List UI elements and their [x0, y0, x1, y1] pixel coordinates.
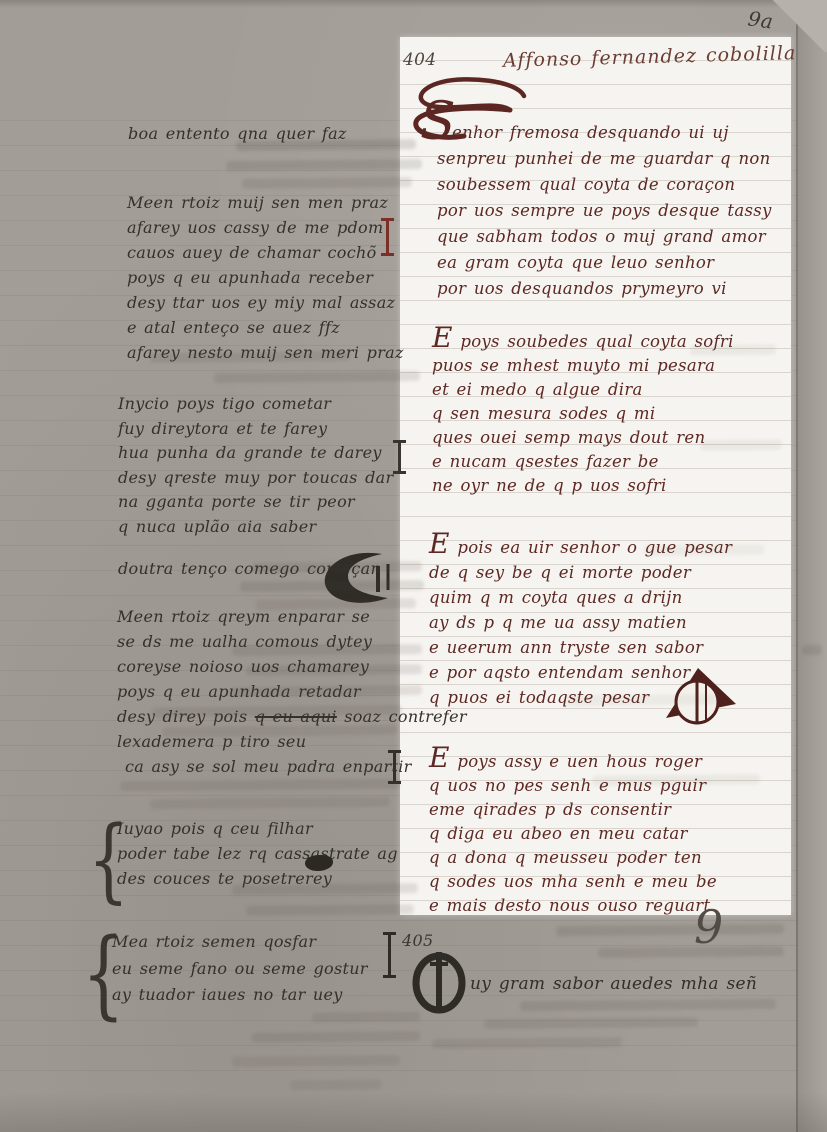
verse-line: uy gram sabor auedes mha señ [470, 974, 757, 994]
scribal-triangle-ornament-icon [660, 664, 740, 736]
verse-line: por uos desquandos prymeyro vi [437, 276, 772, 302]
stanza: Iuyao pois q ceu filhar poder tabe lez r… [117, 816, 398, 891]
initial-letter: S [420, 92, 456, 152]
verse-line: Inycio poys tigo cometar [118, 392, 393, 417]
stanza: Meen rtoiz qreym enparar se se ds me ual… [117, 604, 467, 779]
stanza: Meen rtoiz muij sen men praz afarey uos … [127, 190, 404, 365]
verse-line: puos se mhest muyto mi pesara [432, 354, 734, 378]
verse-line: E poys assy e uen hous roger [429, 747, 717, 774]
bleedthrough-mark [226, 159, 422, 171]
verse-line: poder tabe lez rq cassastrate ag [117, 841, 398, 866]
verse-line: ca asy se sol meu padra enpartir [125, 754, 467, 779]
stanza: Mea rtoiz semen qosfar eu seme fano ou s… [112, 929, 368, 1009]
verse-line: ne oyr ne de q p uos sofri [432, 474, 734, 498]
verse-line: q sen mesura sodes q mi [432, 402, 734, 426]
verse-line: et ei medo q algue dira [432, 378, 734, 402]
bleedthrough-mark [598, 946, 784, 958]
verse-line: e atal enteço se auez ffz [127, 315, 404, 340]
verse-line: boa entento qna quer faz [128, 124, 347, 143]
paragraph-mark-icon [383, 932, 396, 978]
folio-number: 9a [746, 6, 774, 33]
flourish-nine: 9 [694, 900, 724, 954]
verse-line: que sabham todos o muj grand amor [437, 224, 772, 250]
struck-text: q eu aqui [255, 707, 337, 726]
verse-line: coreyse noioso uos chamarey [117, 654, 467, 679]
bleedthrough-mark [312, 1011, 420, 1022]
verse-line: e mais desto nous ouso reguart [429, 894, 717, 918]
bleedthrough-mark [290, 1080, 382, 1091]
bleedthrough-mark [242, 177, 412, 189]
verse-line: q sodes uos mha senh e meu be [429, 870, 717, 894]
verse-line: E pois ea uir senhor o gue pesar [429, 533, 732, 560]
verse-line: e ueerum ann tryste sen sabor [429, 635, 732, 660]
verse-line: q diga eu abeo en meu catar [429, 822, 717, 846]
bleedthrough-mark [120, 779, 400, 792]
bottom-first-line: uy gram sabor auedes mha señ [470, 974, 757, 994]
verse-line: q a dona q meusseu poder ten [429, 846, 717, 870]
stanza: enhor fremosa desquando ui uj senpreu pu… [452, 120, 772, 302]
verse-line: fuy direytora et te farey [118, 417, 393, 442]
song-number-top: 404 [403, 50, 436, 70]
verse-line: desy ttar uos ey miy mal assaz [127, 290, 404, 315]
stanza: E poys soubedes qual coyta sofri puos se… [432, 327, 734, 498]
bleedthrough-mark [214, 371, 420, 383]
verse-line: q uos no pes senh e mus pguir [429, 774, 717, 798]
verse-line: poys q eu apunhada retadar [117, 679, 467, 704]
verse-line: ay ds p q me ua assy matien [429, 610, 732, 635]
scribal-crescent-ornament-icon [320, 548, 400, 608]
verse-line: e nucam qsestes fazer be [432, 450, 734, 474]
verse-line: q nuca uplão aia saber [118, 515, 393, 540]
verse-line: E poys soubedes qual coyta sofri [432, 327, 734, 354]
initial-m-icon [412, 950, 468, 1014]
verse-line: Iuyao pois q ceu filhar [117, 816, 398, 841]
verse-line: ay tuador iaues no tar uey [112, 982, 368, 1009]
verse-line: eme qirades p ds consentir [429, 798, 717, 822]
verse-line: ea gram coyta que leuo senhor [437, 250, 772, 276]
paragraph-mark-icon [393, 440, 406, 474]
verse-line: desy direy pois q eu aqui soaz contrefer [117, 704, 467, 729]
struck-pre: desy direy pois [117, 707, 255, 726]
verse-line: Meen rtoiz qreym enparar se [117, 604, 467, 629]
verse-line: quim q m coyta ques a drijn [429, 585, 732, 610]
bleedthrough-mark [432, 1037, 622, 1049]
verse-line: eu seme fano ou seme gostur [112, 956, 368, 983]
verse-line: hua punha da grande te darey [118, 441, 393, 466]
verse-line: de q sey be q ei morte poder [429, 560, 732, 585]
struck-post: soaz contrefer [337, 707, 467, 726]
fragment-line: boa entento qna quer faz [128, 124, 347, 143]
bleedthrough-mark [520, 999, 776, 1012]
verse-line: cauos auey de chamar cochõ [127, 240, 404, 265]
verse-line: afarey nesto muij sen meri praz [127, 340, 404, 365]
verse-line: senpreu punhei de me guardar q non [437, 146, 772, 172]
manuscript-page: 9a 404 Affonso fernandez cobolilla S enh… [0, 0, 827, 1132]
page-bottom-edge [0, 1092, 827, 1132]
bleedthrough-mark [484, 1017, 698, 1029]
bleedthrough-mark [232, 1055, 400, 1067]
stanza: E poys assy e uen hous roger q uos no pe… [429, 747, 717, 918]
verse-line: ques ouei semp mays dout ren [432, 426, 734, 450]
paragraph-mark-icon [381, 218, 394, 256]
bleedthrough-mark [150, 797, 390, 810]
verse-line: des couces te posetrerey [117, 866, 398, 891]
verse-line: afarey uos cassy de me pdom [127, 215, 404, 240]
verse-line: desy qreste muy por toucas dar [118, 466, 393, 491]
bleedthrough-mark [252, 1031, 420, 1043]
verse-line: na gganta porte se tir peor [118, 490, 393, 515]
verse-line: Mea rtoiz semen qosfar [112, 929, 368, 956]
verse-line: soubessem qual coyta de coraçon [437, 172, 772, 198]
bleedthrough-mark [556, 924, 784, 936]
bleedthrough-mark [246, 904, 414, 916]
verse-line: poys q eu apunhada receber [127, 265, 404, 290]
verse-line: Meen rtoiz muij sen men praz [127, 190, 404, 215]
verse-line: enhor fremosa desquando ui uj [452, 120, 772, 146]
page-right-edge [798, 0, 827, 1132]
paragraph-mark-icon [388, 750, 401, 784]
page-top-edge [0, 0, 827, 8]
song-number-bottom: 405 [402, 931, 433, 950]
verse-line: por uos sempre ue poys desque tassy [437, 198, 772, 224]
verse-line: lexademera p tiro seu [117, 729, 467, 754]
verse-line: se ds me ualha comous dytey [117, 629, 467, 654]
